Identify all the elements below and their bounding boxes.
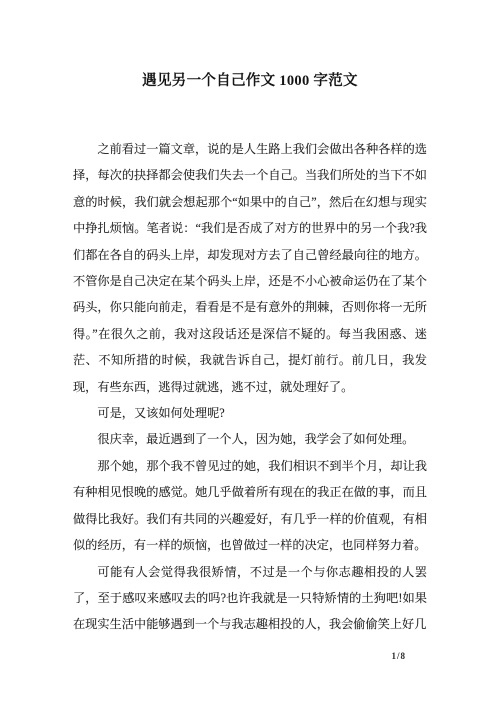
document-title: 遇见另一个自己作文 1000 字范文 xyxy=(0,0,500,91)
paragraph-5: 可能有人会觉得我很矫情，不过是一个与你志趣相投的人罢了，至于感叹来感叹去的吗?也… xyxy=(73,559,427,638)
page-number: 1/8 xyxy=(391,651,406,661)
paragraph-4: 那个她，那个我不曾见过的她，我们相识不到半个月，却让我有种相见恨晚的感觉。她几乎… xyxy=(73,453,427,559)
document-page: 遇见另一个自己作文 1000 字范文 之前看过一篇文章，说的是人生路上我们会做出… xyxy=(0,0,500,707)
paragraph-3: 很庆幸，最近遇到了一个人，因为她，我学会了如何处理。 xyxy=(73,426,427,452)
document-body: 之前看过一篇文章，说的是人生路上我们会做出各种各样的选择，每次的抉择都会使我们失… xyxy=(73,136,427,638)
paragraph-1: 之前看过一篇文章，说的是人生路上我们会做出各种各样的选择，每次的抉择都会使我们失… xyxy=(73,136,427,400)
paragraph-2: 可是，又该如何处理呢? xyxy=(73,400,427,426)
